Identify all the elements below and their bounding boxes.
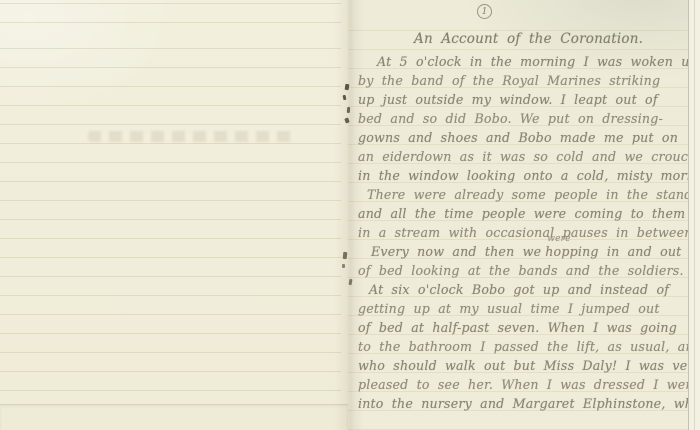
- handwriting-line: There were already some people in the st…: [367, 185, 690, 204]
- handwriting-line: an eiderdown as it was so cold and we cr…: [358, 147, 690, 166]
- inserted-word: were: [547, 235, 570, 244]
- essay-title: An Account of the Coronation.: [414, 30, 690, 48]
- handwriting-line: in a stream with occasional pauses in be…: [358, 223, 690, 242]
- handwriting-line: gowns and shoes and Bobo made me put on: [358, 128, 690, 147]
- page-fore-edge: [688, 0, 700, 430]
- bleed-through-smudge: [88, 131, 298, 142]
- handwriting-line: getting up at my usual time I jumped out: [358, 299, 690, 318]
- right-page: 1 An Account of the Coronation. At 5 o'c…: [348, 0, 690, 430]
- handwriting-line: in the window looking onto a cold, misty…: [358, 166, 690, 185]
- line-text-before: Every now and then we: [371, 244, 541, 259]
- handwriting-line: to the bathroom I passed the lift, as us…: [358, 337, 690, 356]
- handwriting-line: and all the time people were coming to t…: [358, 204, 690, 223]
- handwriting-line: At six o'clock Bobo got up and instead o…: [369, 280, 690, 299]
- ink-speck: [345, 84, 350, 90]
- page-number-badge: 1: [477, 4, 492, 19]
- page-edge-line: [694, 0, 695, 430]
- ink-speck: [342, 264, 345, 268]
- handwriting-line: into the nursery and Margaret Elphinston…: [358, 394, 690, 413]
- handwriting-line: At 5 o'clock in the morning I was woken …: [377, 52, 690, 71]
- handwriting-line: of bed at half-past seven. When I was go…: [358, 318, 690, 337]
- handwriting-line: who should walk out but Miss Daly! I was…: [358, 356, 690, 375]
- gutter-crease: [334, 0, 364, 430]
- handwriting-line: up just outside my window. I leapt out o…: [358, 90, 690, 109]
- ink-speck: [343, 252, 348, 259]
- left-page: [0, 0, 348, 430]
- handwriting-line-with-insertion: Every now and then wewerehopping in and …: [371, 242, 690, 261]
- ruled-lines-left: [0, 0, 341, 406]
- notebook-photo: 1 An Account of the Coronation. At 5 o'c…: [0, 0, 700, 430]
- handwriting-line: by the band of the Royal Marines strikin…: [358, 71, 690, 90]
- line-text-after: hopping in and out: [545, 244, 681, 259]
- left-page-bottom-edge: [0, 404, 348, 430]
- handwritten-body: At 5 o'clock in the morning I was woken …: [358, 52, 690, 413]
- page-number: 1: [482, 7, 488, 17]
- handwriting-line: bed and so did Bobo. We put on dressing-: [358, 109, 690, 128]
- handwriting-line: of bed looking at the bands and the sold…: [358, 261, 690, 280]
- handwriting-line: pleased to see her. When I was dressed I…: [358, 375, 690, 394]
- ink-speck: [347, 107, 351, 113]
